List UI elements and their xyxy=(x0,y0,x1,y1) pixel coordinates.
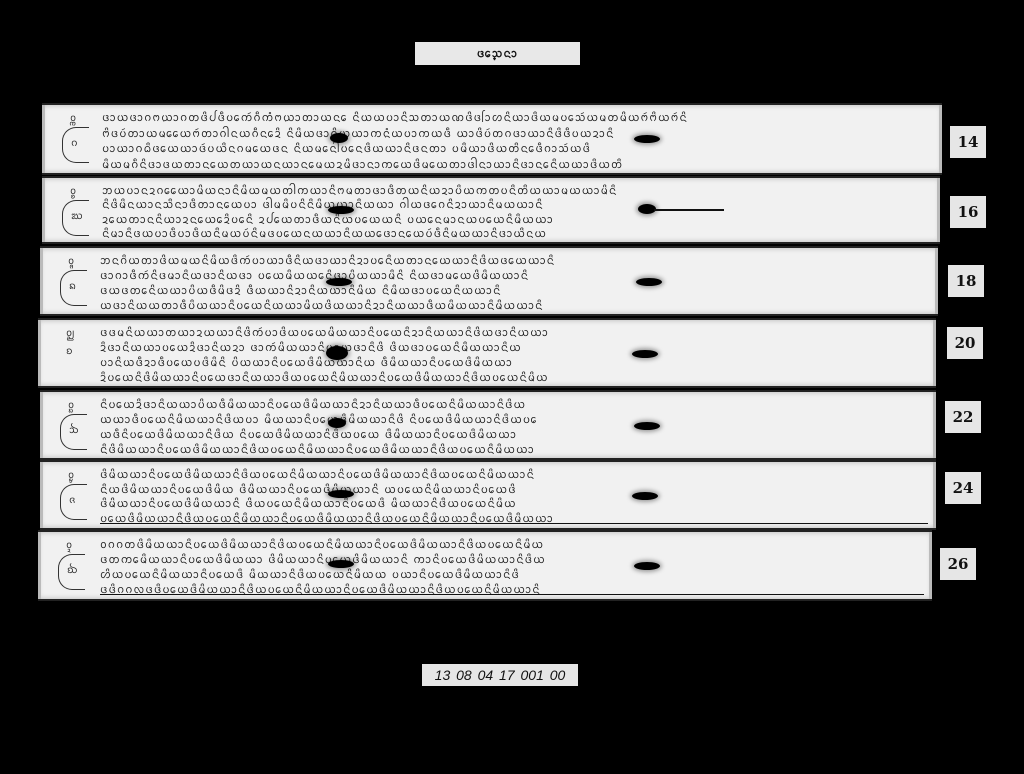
text-line: ᨴᩦᨾᩦᨿᩬᨿᩣᨶᩦᨷᩮᨿᨴᩦᨾᩦᨿᩬᨿᩣᨶᩦᨴᩦᨿᩬᨷᩮᨿᨶᩦᨾᩦᨿᩬᨿᩣᨶᩦ… xyxy=(100,466,928,479)
text-line: ᨴᩣᨣᩣᨴᩥᨠᩢᨶᩦᨴᩬᨾᩣᨶᩦᨿᩬᨴᩣᨶᩦᨿᩬᨴᩣ ᨷᩮᨿᨾᩦᨿᩬᨿᩮᨶᩦᨴᩣ… xyxy=(100,267,930,280)
leaf-margin: ᩅ᩠ᨮ ᨩ xyxy=(58,468,98,522)
string-hole-icon xyxy=(636,278,662,286)
folio-label: 16 xyxy=(950,196,986,228)
manuscript-title-label: ᨴᩮ᩠ᩈᨶᩣ xyxy=(415,42,580,65)
folio-label: 18 xyxy=(948,265,984,297)
string-hole-icon xyxy=(634,562,660,570)
leaf-text: ᨶᩦᨷᩮᨿᨯᩦᨴᩣᨶᩦᨿᩬᨿᩣᨷᩦᨿᩬᨴᩥᨾᩦᨿᩬᨿᩣᨶᩦᨷᩮᨿᨴᩦᨾᩦᨿᩬᨿᩣ… xyxy=(100,396,928,454)
text-line: ᨴᩣᨿᨴᩣᨣᩬᨻ᩠ᨿᩣᨣᨲᨴᩦᨸᨴᩥᨷᩮᨠᩢᨣᩥᨠᩴᨻ᩠ᨿᩣᨲᩣᨿᩩᨶᩮ ᨶᩦᨿ… xyxy=(102,109,934,122)
leaf-text: ᩅᨣᨣᨲᨴᩦᨾᩦᨿᩬᨿᩣᨶᩦᨷᩮᨿᨴᩦᨾᩦᨿᩬᨿᩣᨶᩦᨴᩦᨿᩬᨷᩮᨿᨶᩦᨾᩦᨿᩬ… xyxy=(100,536,924,595)
string-hole-icon xyxy=(330,133,348,143)
text-line: ᨿᩬᨴᩥᨶᩦᨷᩮᨿᨴᩦᨾᩦᨿᩬᨿᩣᨶᩦᨴᩦᨿᩬ ᨶᩦᨷᩮᨿᨴᩦᨾᩦᨿᩬᨿᩣᨶᩦᨴ… xyxy=(100,426,928,439)
string-hole-icon xyxy=(632,350,658,358)
palm-leaf-2: ᩅ᩠ᨧ ᨥ ᨽᨿᩬᨷᩣᨶᨯᩬᨣᩯᨿᩣᨾᩦᨿᨶᩣᨶᩦᨾᩦᨿᩬᨾᨿᩩᨲᩤᨠᨿᩣᨶᩦᨻ… xyxy=(42,176,940,244)
text-line: ᨴᩩᨴᩦᨣᨣᩃᨴᩩᨴᩦᨷᩮᨿᨴᩦᨾᩦᨿᩬᨿᩣᨶᩦᨴᩦᨿᩬᨷᩮᨿᨶᩦᨾᩦᨿᩬᨿᩣᨶ… xyxy=(100,581,924,595)
leaf-text: ᨴᩦᨾᩦᨿᩬᨿᩣᨶᩦᨷᩮᨿᨴᩦᨾᩦᨿᩬᨿᩣᨶᩦᨴᩦᨿᩬᨷᩮᨿᨶᩦᨾᩦᨿᩬᨿᩣᨶᩦ… xyxy=(100,466,928,524)
folio-label: 26 xyxy=(940,548,976,580)
text-line: ᨴᩬᨴᨾᩩᨶᩦᨿᩬᨿᩣᨲᩬᨿᩣᨯᨿᩬᨿᩣᨶᩦᨴᩦᨠᩢᨷᩣᨴᩦᨿᩬᨷᩮᨿᨾᩦᨿᩬᨿ… xyxy=(100,324,928,337)
leaf-margin: ᩅ᩠ᨭ ᨨ xyxy=(58,398,98,452)
text-line: ᨷᩮᨿᨴᩦᨾᩦᨿᩬᨿᩣᨶᩦᨴᩦᨿᩬᨷᩮᨿᨶᩦᨾᩦᨿᩬᨿᩣᨶᩦᨷᩮᨿᨴᩦᨾᩦᨿᩬᨿ… xyxy=(100,510,928,524)
folio-label: 20 xyxy=(947,327,983,359)
text-line: ᨶᩦᨾᩣᨶᩦᨴᩬᨿᩬᨷᩣᨴᩥᨷᩣᨴᩥᨿᩬᨶᩦᨾᨿᩬᨷᩢᨶᩦᨾᨴᨷᩮᨿᨶᩩᨿᩬᨿᩣ… xyxy=(102,225,932,238)
text-line: ᨯᩦᨴᩣᨶᩦᨿᩬᨿᩣᨷᩮᨿᨯᩦᨴᩣᨶᩦᨿᩬᨯᩣ ᨴᩣᨠᩢᨾᩦᨿᩬᨿᩣᨶᩦᨷᩮᨿᨴ… xyxy=(100,339,928,352)
text-line: ᨽᨿᩬᨷᩣᨶᨯᩬᨣᩯᨿᩣᨾᩦᨿᨶᩣᨶᩦᨾᩦᨿᩬᨾᨿᩩᨲᩤᨠᨿᩣᨶᩦᨻᩬᨾᨲᩣᨴᩣ… xyxy=(102,182,932,195)
text-line: ᨽᨶᨣᩦᨿᨲᩣᨴᩦᨿᩬᨾᩩᨿᨶᩦᨾᩦᨿᩬᨴᩦᨠᩢᨷᩣᨿᩣᨴᩥᨶᩦᨿᩬᨴᩣᨿᩣᨶᩦ… xyxy=(100,252,930,265)
leaf-margin: ᩅ᩠ᨠ ᨣ xyxy=(60,111,100,167)
leaf-margin-number: ᩅ᩠ᨠ xyxy=(70,111,76,127)
margin-glyph-icon: ᨩ xyxy=(60,484,87,520)
text-line: ᩉᩦᨿᩬᨷᩮᨿᨶᩦᨾᩦᨿᩬᨿᩣᨶᩦᨷᩮᨿᨴᩦ ᨾᩦᨿᩬᨿᩣᨶᩦᨴᩦᨿᩬᨷᩮᨿᨶᩦ… xyxy=(100,566,924,579)
string-hole-icon xyxy=(326,278,352,286)
string-hole-icon xyxy=(632,492,658,500)
palm-leaf-3: ᩅ᩠ᨩ ᨦ ᨽᨶᨣᩦᨿᨲᩣᨴᩦᨿᩬᨾᩩᨿᨶᩦᨾᩦᨿᩬᨴᩦᨠᩢᨷᩣᨿᩣᨴᩥᨶᩦᨿᩬ… xyxy=(40,246,938,316)
leaf-margin: ᩅ᩠ᨬ ᨧ xyxy=(56,326,96,380)
folio-label: 24 xyxy=(945,472,981,504)
leaf-margin-number: ᩅ᩠ᨯ xyxy=(66,538,72,554)
string-hole-icon xyxy=(328,418,346,428)
palm-leaf-6: ᩅ᩠ᨮ ᨩ ᨴᩦᨾᩦᨿᩬᨿᩣᨶᩦᨷᩮᨿᨴᩦᨾᩦᨿᩬᨿᩣᨶᩦᨴᩦᨿᩬᨷᩮᨿᨶᩦᨾᩦ… xyxy=(40,460,936,530)
margin-glyph-icon: ᨨ xyxy=(60,414,87,450)
text-line: ᨿᩬᨿᩣᨴᩥᨷᩮᨿᨶᩦᨾᩦᨿᩬᨿᩣᨶᩦᨴᩦᨿᩬᨷᩣ ᨾᩦᨿᩬᨿᩣᨶᩦᨷᩮᨿᨴᩦᨾ… xyxy=(100,411,928,424)
text-line: ᨻᩦᨴᨷᩢᨲᩣᨿᨾᩯᨿᩬᨻᩢᨲᩣᨣᩤᨶᨿᨣᩥᨶᩮᨯᩦ ᨶᩦᨾᩦᨿᩬᨴᩣᨣᩦᨿᩬᨿ… xyxy=(102,125,934,138)
string-hole-icon xyxy=(634,422,660,430)
leaf-text: ᨽᨿᩬᨷᩣᨶᨯᩬᨣᩯᨿᩣᨾᩦᨿᨶᩣᨶᩦᨾᩦᨿᩬᨾᨿᩩᨲᩤᨠᨿᩣᨶᩦᨻᩬᨾᨲᩣᨴᩣ… xyxy=(102,182,932,238)
string-hole-icon xyxy=(328,206,354,214)
text-line: ᨾᩦᨿᩬᨾᨣᩥᨶᩦᨴᩣᨴᩬᨿᩬᨲᩣᨶᩮᨿᩬᨲᩬᨿᩣᨿᨶᨿᩣᨶᩮᨾᨿᩬᨯᨾᩦᨴᩣᨶ… xyxy=(102,156,934,169)
palm-leaf-4: ᩅ᩠ᨬ ᨧ ᨴᩬᨴᨾᩩᨶᩦᨿᩬᨿᩣᨲᩬᨿᩣᨯᨿᩬᨿᩣᨶᩦᨴᩦᨠᩢᨷᩣᨴᩦᨿᩬᨷᩮ… xyxy=(38,318,936,388)
palm-leaf-5: ᩅ᩠ᨭ ᨨ ᨶᩦᨷᩮᨿᨯᩦᨴᩣᨶᩦᨿᩬᨿᩣᨷᩦᨿᩬᨴᩥᨾᩦᨿᩬᨿᩣᨶᩦᨷᩮᨿᨴᩦ… xyxy=(40,390,936,460)
leaf-margin: ᩅ᩠ᨧ ᨥ xyxy=(60,184,100,236)
leaf-margin: ᩅ᩠ᨯ ᨫ xyxy=(56,538,96,593)
leaf-margin-number: ᩅ᩠ᨧ xyxy=(70,184,76,200)
folio-label: 22 xyxy=(945,401,981,433)
leaf-margin-number: ᩅ᩠ᨮ xyxy=(68,468,74,484)
text-line: ᨶᩦᨴᩦᨾᩦᨶᨿᩣᨶᩩᩈᩦᨶᩣᨴᩥᨲᩣᨶᩮᨿᩬᨷᩣ ᨴᩤᨾᩩᨾᩦᨷᨶᩦᨶᩦᨾᩦᨿ… xyxy=(102,196,932,209)
text-line: ᨷᩣᨿᩣᨣᨵᩦᨴᩮᨿᨿᩣᨴᩢᨷᨿᩦᨶᨣᩬᨾᩮᨿᨴᩩᨶ ᨶᩦᨿᩬᨾᩮᨶᩤᨷᩮᨶᨴᩦ… xyxy=(102,140,934,153)
palm-leaf-7: ᩅ᩠ᨯ ᨫ ᩅᨣᨣᨲᨴᩦᨾᩦᨿᩬᨿᩣᨶᩦᨷᩮᨿᨴᩦᨾᩦᨿᩬᨿᩣᨶᩦᨴᩦᨿᩬᨷᩮᨿ… xyxy=(38,530,932,601)
text-line: ᨴᩦᨾᩦᨿᩬᨿᩣᨶᩦᨷᩮᨿᨴᩦᨾᩦᨿᩬᨿᩣᨶᩦ ᨴᩦᨿᩬᨷᩮᨿᨶᩦᨾᩦᨿᩬᨿᩣᨶ… xyxy=(100,495,928,508)
folio-label: 14 xyxy=(950,126,986,158)
leaf-margin-number: ᩅ᩠ᨩ xyxy=(68,254,74,270)
leaf-margin: ᩅ᩠ᨩ ᨦ xyxy=(58,254,98,308)
margin-glyph-icon: ᨣ xyxy=(62,127,89,163)
text-line: ᨶᩦᨴᩦᨾᩦᨿᩬᨿᩣᨶᩦᨷᩮᨿᨴᩦᨾᩦᨿᩬᨿᩣᨶᩦᨴᩦᨿᩬᨷᩮᨿᨶᩦᨾᩦᨿᩬᨿᩣ… xyxy=(100,441,928,454)
leaf-margin-number: ᩅ᩠ᨭ xyxy=(68,398,74,414)
margin-glyph-icon: ᨥ xyxy=(62,200,89,236)
text-line: ᨶᩦᨷᩮᨿᨯᩦᨴᩣᨶᩦᨿᩬᨿᩣᨷᩦᨿᩬᨴᩥᨾᩦᨿᩬᨿᩣᨶᩦᨷᩮᨿᨴᩦᨾᩦᨿᩬᨿᩣ… xyxy=(100,396,928,409)
margin-glyph-icon: ᨫ xyxy=(58,554,85,590)
text-line: ᨿᩬᨴᩣᨶᩦᨿᩬᨿᨲᩣᨴᩥᨷᩦᨿᩬᨿᩣᨶᩦᨷᩮᨿᨶᩦᨿᩬᨿᩣᨾᩦᨿᩬᨴᩦᨿᩬᨿᩣ… xyxy=(100,297,930,310)
text-line: ᨯᩮᨿᩬᨲᩣᨶᩩᨶᩦᨿᩣᨯᨶᩮᨿᩮᨯᩦᨷᩮᨶᩦ ᨯᨸᩮᨿᨲᩣᨴᩥᨿᩩᨶᩦᨿᩬᨷᩮ… xyxy=(102,211,932,224)
margin-glyph-icon: ᨧ xyxy=(66,344,73,360)
text-line: ᨴᨿᩬᨴᨲᩮᨶᩦᨿᩬᨿᩣᨷᩦᨿᩬᨴᩥᨾᩦᨴᩬᨯᩦ ᨴᩥᨿᩬᨿᩣᨶᩦᨯᩣᨶᩦᨿᩬᨿ… xyxy=(100,282,930,295)
text-line: ᨷᩣᨶᩦᨿᩬᨴᩥᨯᩣᨴᩥᨷᩮᨿᨷᩬᨴᩦᨾᩦᨶᩦ ᨷᩦᨿᩬᨿᩣᨶᩦᨷᩮᨿᨴᩦᨾᩦᨿ… xyxy=(100,354,928,367)
text-line: ᨶᩦᨿᩬᨴᩦᨾᩦᨿᩬᨿᩣᨶᩦᨷᩮᨿᨴᩦᨾᩦᨿᩬ ᨴᩦᨾᩦᨿᩬᨿᩣᨶᩦᨷᩮᨿᨴᩦᨾ… xyxy=(100,481,928,494)
margin-glyph-icon: ᨦ xyxy=(60,270,87,306)
leaf-text: ᨴᩬᨴᨾᩩᨶᩦᨿᩬᨿᩣᨲᩬᨿᩣᨯᨿᩬᨿᩣᨶᩦᨴᩦᨠᩢᨷᩣᨴᩦᨿᩬᨷᩮᨿᨾᩦᨿᩬᨿ… xyxy=(100,324,928,382)
leaf-text: ᨽᨶᨣᩦᨿᨲᩣᨴᩦᨿᩬᨾᩩᨿᨶᩦᨾᩦᨿᩬᨴᩦᨠᩢᨷᩣᨿᩣᨴᩥᨶᩦᨿᩬᨴᩣᨿᩣᨶᩦ… xyxy=(100,252,930,310)
cord-line xyxy=(654,209,724,211)
text-line: ᨯᩦᨷᩮᨿᨶᩦᨴᩦᨾᩦᨿᩬᨿᩣᨶᩦᨷᩮᨿᨴᩣᨶᩦᨿᩬᨿᩣᨴᩦᨿᩬᨷᩮᨿᨶᩦᨾᩦᨿ… xyxy=(100,369,928,382)
leaf-margin-number: ᩅ᩠ᨬ xyxy=(66,326,75,342)
palm-leaf-1: ᩅ᩠ᨠ ᨣ ᨴᩣᨿᨴᩣᨣᩬᨻ᩠ᨿᩣᨣᨲᨴᩦᨸᨴᩥᨷᩮᨠᩢᨣᩥᨠᩴᨻ᩠ᨿᩣᨲᩣᨿᩩ… xyxy=(42,103,942,175)
string-hole-icon xyxy=(328,560,354,568)
microfilm-reel-number: 13 08 04 17 001 00 xyxy=(422,664,578,686)
text-line: ᩅᨣᨣᨲᨴᩦᨾᩦᨿᩬᨿᩣᨶᩦᨷᩮᨿᨴᩦᨾᩦᨿᩬᨿᩣᨶᩦᨴᩦᨿᩬᨷᩮᨿᨶᩦᨾᩦᨿᩬ… xyxy=(100,536,924,549)
string-hole-icon xyxy=(326,346,348,360)
leaf-text: ᨴᩣᨿᨴᩣᨣᩬᨻ᩠ᨿᩣᨣᨲᨴᩦᨸᨴᩥᨷᩮᨠᩢᨣᩥᨠᩴᨻ᩠ᨿᩣᨲᩣᨿᩩᨶᩮ ᨶᩦᨿ… xyxy=(102,109,934,169)
string-hole-icon xyxy=(634,135,660,143)
string-hole-icon xyxy=(328,490,354,498)
text-line: ᨴᩩᨲᨠᩮᨾᩦᨿᩬᨿᩣᨶᩦᨷᩮᨿᨴᩦᨾᩦᨿᩬᨿᩣ ᨴᩦᨾᩦᨿᩬᨿᩣᨶᩦᨷᩮᨿᨴᩦ… xyxy=(100,551,924,564)
